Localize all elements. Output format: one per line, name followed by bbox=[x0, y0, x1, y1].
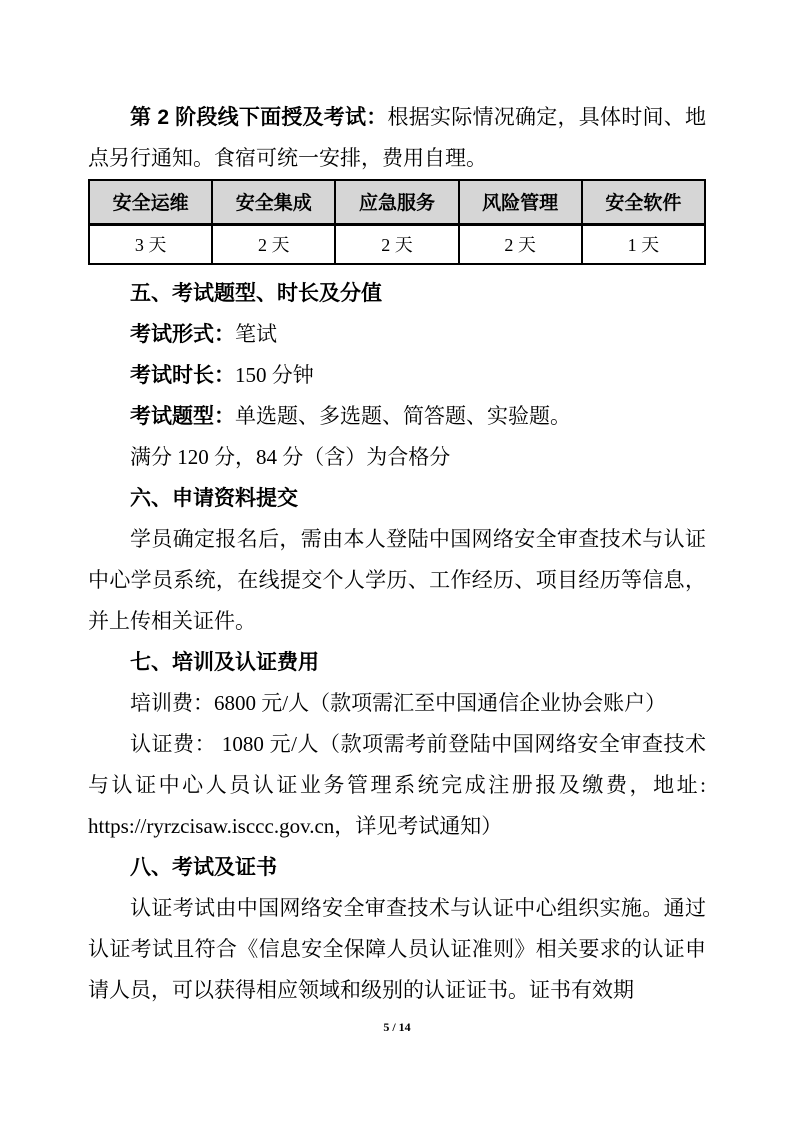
schedule-header-row: 安全运维 安全集成 应急服务 风险管理 安全软件 bbox=[89, 180, 705, 224]
schedule-header-cell: 安全软件 bbox=[582, 180, 705, 224]
section6-body: 学员确定报名后，需由本人登陆中国网络安全审查技术与认证中心学员系统，在线提交个人… bbox=[88, 519, 706, 642]
exam-types-line: 考试题型：单选题、多选题、简答题、实验题。 bbox=[88, 396, 706, 437]
exam-form-line: 考试形式：笔试 bbox=[88, 314, 706, 355]
schedule-header-cell: 应急服务 bbox=[335, 180, 458, 224]
schedule-duration-cell: 3 天 bbox=[89, 224, 212, 264]
stage-paragraph: 第 2 阶段线下面授及考试：根据实际情况确定，具体时间、地点另行通知。食宿可统一… bbox=[88, 97, 706, 179]
cert-fee-paragraph: 认证费： 1080 元/人（款项需考前登陆中国网络安全审查技术与认证中心人员认证… bbox=[88, 724, 706, 847]
exam-types-label: 考试题型： bbox=[130, 405, 235, 428]
schedule-duration-cell: 2 天 bbox=[459, 224, 582, 264]
page-number: 5 / 14 bbox=[0, 1020, 794, 1035]
exam-form-value: 笔试 bbox=[235, 322, 277, 346]
section8-heading: 八、考试及证书 bbox=[88, 847, 706, 888]
schedule-duration-cell: 2 天 bbox=[335, 224, 458, 264]
schedule-header-cell: 风险管理 bbox=[459, 180, 582, 224]
training-fee-line: 培训费：6800 元/人（款项需汇至中国通信企业协会账户） bbox=[88, 683, 706, 724]
schedule-header-cell: 安全运维 bbox=[89, 180, 212, 224]
score-note-line: 满分 120 分，84 分（含）为合格分 bbox=[88, 437, 706, 478]
schedule-duration-cell: 2 天 bbox=[212, 224, 335, 264]
section7-heading: 七、培训及认证费用 bbox=[88, 642, 706, 683]
page-content: 第 2 阶段线下面授及考试：根据实际情况确定，具体时间、地点另行通知。食宿可统一… bbox=[88, 97, 706, 1011]
exam-types-value: 单选题、多选题、简答题、实验题。 bbox=[235, 404, 571, 428]
exam-form-label: 考试形式： bbox=[130, 323, 235, 346]
schedule-header-cell: 安全集成 bbox=[212, 180, 335, 224]
exam-duration-label: 考试时长： bbox=[130, 364, 235, 387]
training-schedule-table: 安全运维 安全集成 应急服务 风险管理 安全软件 3 天 2 天 2 天 2 天… bbox=[88, 179, 706, 265]
section6-heading: 六、申请资料提交 bbox=[88, 478, 706, 519]
exam-duration-line: 考试时长：150 分钟 bbox=[88, 355, 706, 396]
document-page: 第 2 阶段线下面授及考试：根据实际情况确定，具体时间、地点另行通知。食宿可统一… bbox=[0, 0, 794, 1123]
exam-duration-value: 150 分钟 bbox=[235, 363, 314, 387]
schedule-duration-row: 3 天 2 天 2 天 2 天 1 天 bbox=[89, 224, 705, 264]
stage-paragraph-lead: 第 2 阶段线下面授及考试： bbox=[130, 106, 388, 129]
schedule-duration-cell: 1 天 bbox=[582, 224, 705, 264]
section5-heading: 五、考试题型、时长及分值 bbox=[88, 273, 706, 314]
section8-body: 认证考试由中国网络安全审查技术与认证中心组织实施。通过认证考试且符合《信息安全保… bbox=[88, 888, 706, 1011]
